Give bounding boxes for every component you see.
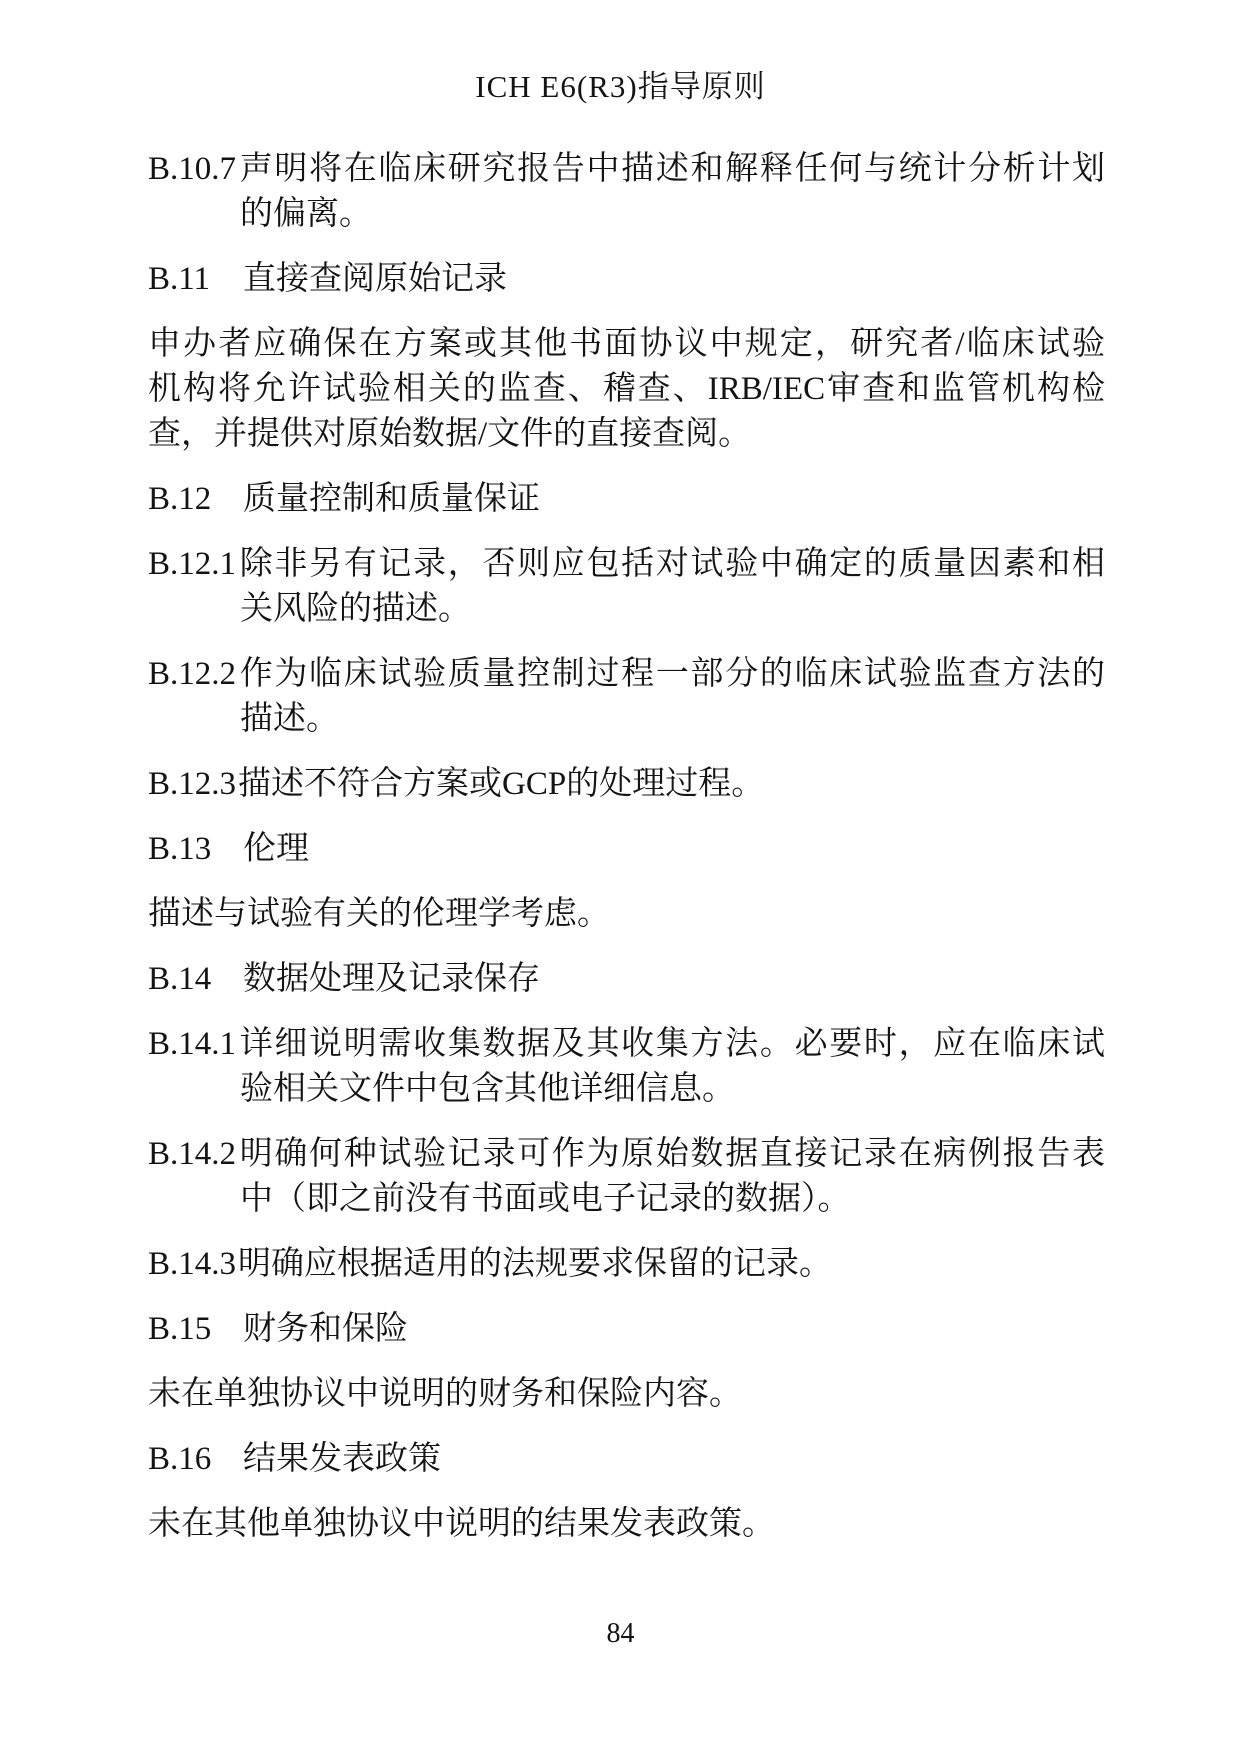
line-text: 明确应根据适用的法规要求保留的记录。 [238, 1246, 832, 1282]
section-number-label: B.15 [148, 1307, 243, 1352]
paragraph-block: 申办者应确保在方案或其他书面协议中规定，研究者/临床试验机构将允许试验相关的监查… [148, 322, 1105, 457]
text-line: B.12.3描述不符合方案或GCP的处理过程。 [148, 762, 1105, 807]
section-b-14-3: B.14.3明确应根据适用的法规要求保留的记录。 [148, 1242, 1105, 1287]
line-text: 除非另有记录，否则应包括对试验中确定的质量因素和相 [238, 546, 1105, 582]
line-text: 声明将在临床研究报告中描述和解释任何与统计分析计划 [238, 151, 1105, 187]
text-line: B.14.2明确何种试验记录可作为原始数据直接记录在病例报告表 [148, 1132, 1105, 1177]
section-b-16: B.16结果发表政策 [148, 1437, 1105, 1482]
section-number-label: B.11 [148, 257, 243, 302]
text-line: 验相关文件中包含其他详细信息。 [240, 1067, 1105, 1112]
section-number-label: B.10.7 [148, 151, 236, 187]
section-number-label: B.12.3 [148, 766, 236, 802]
line-text: 伦理 [243, 831, 309, 867]
line-text: 明确何种试验记录可作为原始数据直接记录在病例报告表 [238, 1136, 1105, 1172]
text-line: B.11直接查阅原始记录 [148, 257, 1105, 302]
paragraph-block: 未在其他单独协议中说明的结果发表政策。 [148, 1502, 1105, 1547]
section-b-12-1: B.12.1除非另有记录，否则应包括对试验中确定的质量因素和相关风险的描述。 [148, 542, 1105, 632]
text-line: 查，并提供对原始数据/文件的直接查阅。 [148, 412, 1105, 457]
text-line: B.12.1除非另有记录，否则应包括对试验中确定的质量因素和相 [148, 542, 1105, 587]
section-b-14-1: B.14.1详细说明需收集数据及其收集方法。必要时，应在临床试验相关文件中包含其… [148, 1022, 1105, 1112]
text-line: B.12.2作为临床试验质量控制过程一部分的临床试验监查方法的 [148, 652, 1105, 697]
text-line: 未在单独协议中说明的财务和保险内容。 [148, 1372, 1105, 1417]
text-line: B.12质量控制和质量保证 [148, 477, 1105, 522]
text-line: B.16结果发表政策 [148, 1437, 1105, 1482]
text-line: B.15财务和保险 [148, 1307, 1105, 1352]
paragraph-block: 描述与试验有关的伦理学考虑。 [148, 892, 1105, 937]
line-text: 详细说明需收集数据及其收集方法。必要时，应在临床试 [238, 1026, 1105, 1062]
text-line: 中（即之前没有书面或电子记录的数据）。 [240, 1177, 1105, 1222]
document-title: ICH E6(R3)指导原则 [0, 64, 1241, 109]
section-b-12-2: B.12.2作为临床试验质量控制过程一部分的临床试验监查方法的描述。 [148, 652, 1105, 742]
document-body: B.10.7声明将在临床研究报告中描述和解释任何与统计分析计划的偏离。B.11直… [148, 147, 1105, 1567]
text-line: 描述。 [240, 697, 1105, 742]
line-text: 描述不符合方案或GCP的处理过程。 [238, 766, 764, 802]
section-b-15: B.15财务和保险 [148, 1307, 1105, 1352]
section-b-11: B.11直接查阅原始记录 [148, 257, 1105, 302]
line-text: 结果发表政策 [243, 1441, 441, 1477]
section-number-label: B.14.3 [148, 1246, 236, 1282]
text-line: B.14.3明确应根据适用的法规要求保留的记录。 [148, 1242, 1105, 1287]
section-number-label: B.16 [148, 1437, 243, 1482]
section-b-14: B.14数据处理及记录保存 [148, 957, 1105, 1002]
page-number: 84 [0, 1617, 1241, 1651]
text-line: B.14数据处理及记录保存 [148, 957, 1105, 1002]
section-b-12: B.12质量控制和质量保证 [148, 477, 1105, 522]
document-page: ICH E6(R3)指导原则 B.10.7声明将在临床研究报告中描述和解释任何与… [0, 0, 1241, 1755]
text-line: 机构将允许试验相关的监查、稽查、IRB/IEC审查和监管机构检 [148, 367, 1105, 412]
text-line: B.14.1详细说明需收集数据及其收集方法。必要时，应在临床试 [148, 1022, 1105, 1067]
line-text: 数据处理及记录保存 [243, 961, 540, 997]
section-b-14-2: B.14.2明确何种试验记录可作为原始数据直接记录在病例报告表中（即之前没有书面… [148, 1132, 1105, 1222]
text-line: 关风险的描述。 [240, 587, 1105, 632]
line-text: 质量控制和质量保证 [243, 481, 540, 517]
line-text: 作为临床试验质量控制过程一部分的临床试验监查方法的 [238, 656, 1105, 692]
text-line: 的偏离。 [240, 192, 1105, 237]
text-line: 未在其他单独协议中说明的结果发表政策。 [148, 1502, 1105, 1547]
section-b-10-7: B.10.7声明将在临床研究报告中描述和解释任何与统计分析计划的偏离。 [148, 147, 1105, 237]
section-number-label: B.14.1 [148, 1026, 236, 1062]
section-number-label: B.14.2 [148, 1136, 236, 1172]
text-line: B.10.7声明将在临床研究报告中描述和解释任何与统计分析计划 [148, 147, 1105, 192]
section-number-label: B.12 [148, 477, 243, 522]
section-b-13: B.13伦理 [148, 827, 1105, 872]
text-line: B.13伦理 [148, 827, 1105, 872]
paragraph-block: 未在单独协议中说明的财务和保险内容。 [148, 1372, 1105, 1417]
section-b-12-3: B.12.3描述不符合方案或GCP的处理过程。 [148, 762, 1105, 807]
text-line: 描述与试验有关的伦理学考虑。 [148, 892, 1105, 937]
line-text: 财务和保险 [243, 1311, 408, 1347]
line-text: 直接查阅原始记录 [243, 261, 507, 297]
section-number-label: B.14 [148, 957, 243, 1002]
section-number-label: B.13 [148, 827, 243, 872]
section-number-label: B.12.2 [148, 656, 236, 692]
text-line: 申办者应确保在方案或其他书面协议中规定，研究者/临床试验 [148, 322, 1105, 367]
section-number-label: B.12.1 [148, 546, 236, 582]
